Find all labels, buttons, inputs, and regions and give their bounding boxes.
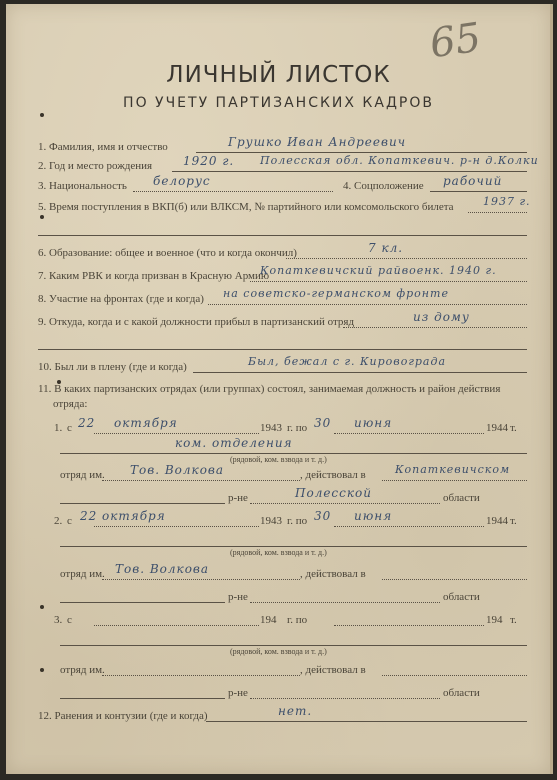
handwritten-to-day: 30 xyxy=(314,509,331,523)
punch-hole-mark xyxy=(57,380,61,384)
handwritten-from-month: октября xyxy=(114,416,178,430)
handwritten-to-month: июня xyxy=(354,416,392,430)
field-label: отряда: xyxy=(53,398,87,410)
field-line xyxy=(94,625,259,626)
field-line xyxy=(334,526,484,527)
year-suffix: т. xyxy=(510,422,517,434)
field-line xyxy=(206,721,527,722)
field-line xyxy=(60,698,225,699)
detachment-entry-3-position: (рядовой, ком. взвода и т. д.) xyxy=(60,632,527,648)
to-year: 1944 xyxy=(486,515,508,527)
word-region: области xyxy=(443,687,480,699)
position-hint: (рядовой, ком. взвода и т. д.) xyxy=(230,647,327,656)
detachment-entry-1-position: ком. отделения (рядовой, ком. взвода и т… xyxy=(60,440,527,456)
handwritten-detachment: Тов. Волкова xyxy=(115,562,209,576)
detachment-entry-2-region: р-не области xyxy=(60,589,527,605)
handwritten-year: 1920 г. xyxy=(183,154,234,168)
field-line xyxy=(38,235,527,236)
handwritten-to-month: июня xyxy=(354,509,392,523)
entry-number: 1. xyxy=(54,422,62,434)
field-education: 6. Образование: общее и военное (что и к… xyxy=(38,245,527,261)
field-nationality-social: 3. Национальность белорус 4. Соцположени… xyxy=(38,178,527,194)
handwritten-value: на советско-германском фронте xyxy=(223,287,449,300)
field-label: 10. Был ли в плену (где и когда) xyxy=(38,361,187,373)
word-district: р-не xyxy=(228,591,248,603)
word-detachment: отряд им. xyxy=(60,469,105,481)
detachment-entry-3-region: р-не области xyxy=(60,685,527,701)
detachment-entry-1-region: р-не Полесской области xyxy=(60,490,527,506)
position-hint: (рядовой, ком. взвода и т. д.) xyxy=(230,455,327,464)
handwritten-value: нет. xyxy=(278,704,312,718)
handwritten-social: рабочий xyxy=(443,174,502,188)
field-line xyxy=(102,579,300,580)
field-label: 1. Фамилия, имя и отчество xyxy=(38,141,168,153)
word-to: г. по xyxy=(287,515,307,527)
field-line xyxy=(430,191,527,192)
to-year: 1944 xyxy=(486,422,508,434)
detachment-entry-2-position: (рядовой, ком. взвода и т. д.) xyxy=(60,533,527,549)
entry-number: 3. xyxy=(54,614,62,626)
field-line xyxy=(193,372,527,373)
document-title: ЛИЧНЫЙ ЛИСТОК xyxy=(0,62,557,88)
field-line xyxy=(334,433,484,434)
year-suffix: т. xyxy=(510,515,517,527)
word-detachment: отряд им. xyxy=(60,568,105,580)
field-line xyxy=(250,602,440,603)
field-wounds: 12. Ранения и контузии (где и когда) нет… xyxy=(38,708,527,724)
field-line xyxy=(250,281,527,282)
handwritten-from-day: 22 xyxy=(80,509,97,523)
handwritten-value: 7 кл. xyxy=(368,241,403,255)
detachment-entry-3-dates: 3. с 194 г. по 194 т. xyxy=(54,612,527,628)
handwritten-position: ком. отделения xyxy=(175,436,293,450)
punch-hole-mark xyxy=(40,113,44,117)
field-detachments-heading-2: отряда: xyxy=(53,396,527,412)
field-line xyxy=(382,579,527,580)
word-district: р-не xyxy=(228,492,248,504)
field-line xyxy=(286,258,527,259)
field-captivity: 10. Был ли в плену (где и когда) Был, бе… xyxy=(38,359,527,375)
handwritten-from-day: 22 xyxy=(78,416,95,430)
word-from: с xyxy=(67,422,72,434)
year-suffix: т. xyxy=(510,614,517,626)
word-region: области xyxy=(443,492,480,504)
field-line xyxy=(208,304,527,305)
word-acted-in: , действовал в xyxy=(300,664,366,676)
handwritten-place: Полесская обл. Копаткевич. р-н д.Колки xyxy=(260,154,539,167)
document-subtitle: ПО УЧЕТУ ПАРТИЗАНСКИХ КАДРОВ xyxy=(0,95,557,111)
word-to: г. по xyxy=(287,422,307,434)
field-line xyxy=(60,453,527,454)
field-line xyxy=(133,191,333,192)
field-party: 5. Время поступления в ВКП(б) или ВЛКСМ,… xyxy=(38,199,527,215)
handwritten-page-number: 65 xyxy=(427,15,484,68)
field-line xyxy=(102,675,300,676)
detachment-entry-3-unit: отряд им. , действовал в xyxy=(60,662,527,678)
from-year: 194 xyxy=(260,614,277,626)
handwritten-value: Грушко Иван Андреевич xyxy=(228,135,406,149)
handwritten-district: Полесской xyxy=(295,486,372,500)
field-line xyxy=(38,349,527,350)
word-region: области xyxy=(443,591,480,603)
field-label: 8. Участие на фронтах (где и когда) xyxy=(38,293,204,305)
field-line xyxy=(94,526,259,527)
field-label: 7. Каким РВК и когда призван в Красную А… xyxy=(38,270,269,282)
field-line xyxy=(334,625,484,626)
punch-hole-mark xyxy=(40,605,44,609)
word-acted-in: , действовал в xyxy=(300,568,366,580)
field-full-name: 1. Фамилия, имя и отчество Грушко Иван А… xyxy=(38,139,527,155)
handwritten-detachment: Тов. Волкова xyxy=(130,463,224,477)
word-district: р-не xyxy=(228,687,248,699)
handwritten-value: из дому xyxy=(413,310,470,324)
field-line xyxy=(196,152,527,153)
detachment-entry-1-dates: 1. с 22 октября 1943 г. по 30 июня 1944 … xyxy=(54,420,527,436)
field-birth: 2. Год и место рождения 1920 г. Полесска… xyxy=(38,158,527,174)
field-line xyxy=(468,212,527,213)
field-detachments-heading: 11. В каких партизанских отрядах (или гр… xyxy=(38,381,527,397)
field-label: 4. Соцположение xyxy=(343,180,424,192)
detachment-entry-1-unit: отряд им. Тов. Волкова , действовал в Ко… xyxy=(60,467,527,483)
position-hint: (рядовой, ком. взвода и т. д.) xyxy=(230,548,327,557)
field-line xyxy=(60,602,225,603)
field-label: 11. В каких партизанских отрядах (или гр… xyxy=(38,383,500,395)
handwritten-acted-in: Копаткевичском xyxy=(395,463,510,476)
field-line xyxy=(343,327,527,328)
field-line xyxy=(102,480,300,481)
field-arrival: 9. Откуда, когда и с какой должности при… xyxy=(38,314,527,330)
field-arrival-extra-line xyxy=(38,336,527,352)
field-label: 5. Время поступления в ВКП(б) или ВЛКСМ,… xyxy=(38,201,454,213)
field-line xyxy=(60,645,527,646)
field-line xyxy=(60,503,225,504)
entry-number: 2. xyxy=(54,515,62,527)
word-acted-in: , действовал в xyxy=(300,469,366,481)
detachment-entry-2-unit: отряд им. Тов. Волкова , действовал в xyxy=(60,566,527,582)
field-conscription: 7. Каким РВК и когда призван в Красную А… xyxy=(38,268,527,284)
handwritten-from-month: октября xyxy=(102,509,166,523)
field-label: 9. Откуда, когда и с какой должности при… xyxy=(38,316,354,328)
punch-hole-mark xyxy=(40,215,44,219)
handwritten-nationality: белорус xyxy=(153,174,211,188)
handwritten-value: Копаткевичский райвоенк. 1940 г. xyxy=(260,264,497,277)
word-from: с xyxy=(67,614,72,626)
from-year: 1943 xyxy=(260,515,282,527)
field-line xyxy=(382,480,527,481)
field-line xyxy=(94,433,259,434)
word-to: г. по xyxy=(287,614,307,626)
punch-hole-mark xyxy=(40,668,44,672)
word-from: с xyxy=(67,515,72,527)
detachment-entry-2-dates: 2. с 22 октября 1943 г. по 30 июня 1944 … xyxy=(54,513,527,529)
field-line xyxy=(250,698,440,699)
field-line xyxy=(382,675,527,676)
from-year: 1943 xyxy=(260,422,282,434)
handwritten-to-day: 30 xyxy=(314,416,331,430)
handwritten-value: Был, бежал с г. Кировограда xyxy=(248,355,446,368)
field-line xyxy=(250,503,440,504)
field-label: 3. Национальность xyxy=(38,180,127,192)
field-line xyxy=(172,171,527,172)
field-label: 12. Ранения и контузии (где и когда) xyxy=(38,710,208,722)
field-party-extra-line xyxy=(38,222,527,238)
word-detachment: отряд им. xyxy=(60,664,105,676)
field-label: 2. Год и место рождения xyxy=(38,160,152,172)
field-line xyxy=(60,546,527,547)
to-year: 194 xyxy=(486,614,503,626)
field-label: 6. Образование: общее и военное (что и к… xyxy=(38,247,297,259)
handwritten-value: 1937 г. xyxy=(483,195,531,208)
field-fronts: 8. Участие на фронтах (где и когда) на с… xyxy=(38,291,527,307)
